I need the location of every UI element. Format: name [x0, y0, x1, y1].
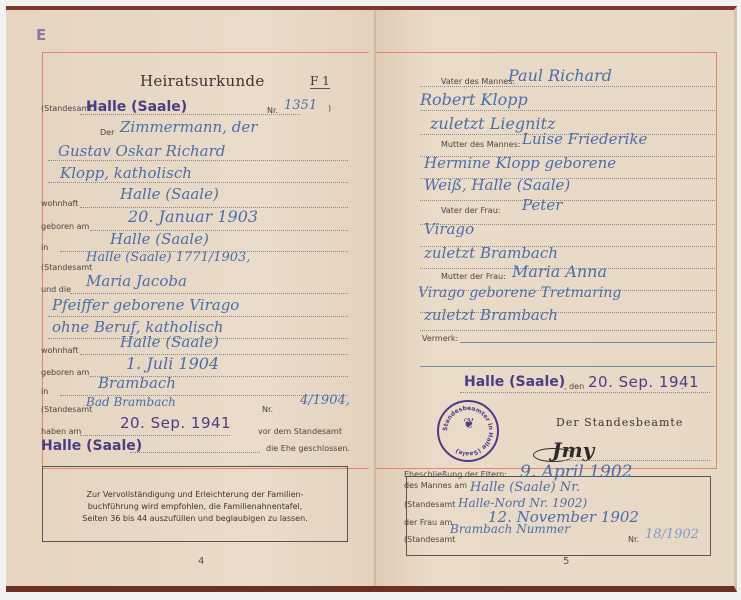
- groom-geboren-label: geboren am: [41, 222, 89, 231]
- mutter-frau-line-1: Maria Anna: [512, 262, 607, 281]
- marriage-date-line: [80, 435, 230, 436]
- groom-surname-religion: Klopp, katholisch: [60, 164, 192, 182]
- haben-am-label: haben am: [41, 427, 81, 436]
- mutter-frau-rule-3: [420, 330, 715, 331]
- vater-mannes-label: Vater des Mannes:: [441, 77, 515, 86]
- vater-frau-line-1: Peter: [522, 196, 562, 214]
- frau-am-label: der Frau am: [404, 518, 452, 527]
- groom-line-1: [48, 160, 348, 161]
- groom-birth-date: 20. Januar 1903: [128, 207, 258, 226]
- mutter-mannes-rule-3: [420, 200, 715, 201]
- groom-birth-place: Halle (Saale): [110, 230, 209, 248]
- page-number-right: 5: [563, 556, 569, 567]
- bride-standesamt-label: (Standesamt: [41, 405, 92, 414]
- bride-birth-registry: Bad Brambach: [86, 395, 176, 409]
- bride-birth-date: 1. Juli 1904: [126, 354, 219, 373]
- bride-line-2: [48, 316, 348, 317]
- signature-line: [560, 460, 710, 461]
- mutter-mannes-line-1: Luise Friederike: [522, 130, 647, 148]
- notice-line-3: Seiten 36 bis 44 auszufüllen und beglaub…: [43, 513, 347, 525]
- corner-mark: E: [36, 26, 46, 44]
- parents-marriage-heading: Eheschließung der Eltern:: [404, 470, 507, 479]
- bride-residence: Halle (Saale): [120, 333, 219, 351]
- mannes-standesamt-label: (Standesamt: [404, 500, 455, 509]
- vater-mannes-line-1: Paul Richard: [508, 66, 612, 85]
- groom-given-names: Gustav Oskar Richard: [58, 142, 225, 160]
- ahnentafel-notice-box: Zur Vervollständigung und Erleichterung …: [42, 466, 348, 542]
- groom-wohnhaft-label: wohnhaft: [41, 199, 78, 208]
- frau-standesamt-label: (Standesamt: [404, 535, 455, 544]
- bride-surname: Pfeiffer geborene Virago: [52, 296, 239, 314]
- groom-residence: Halle (Saale): [120, 185, 219, 203]
- groom-birth-registry: Halle (Saale) 1771/1903,: [86, 250, 250, 265]
- bride-nr-label: Nr.: [262, 405, 273, 414]
- marriage-date-stamp: 20. Sep. 1941: [120, 414, 231, 432]
- issue-place-stamp: Halle (Saale): [464, 374, 565, 390]
- certificate-title: Heiratsurkunde: [140, 72, 265, 90]
- marriage-place-line: [130, 452, 260, 453]
- issue-line: [460, 392, 710, 393]
- den-label: , den: [564, 382, 584, 391]
- vater-frau-label: Vater der Frau:: [441, 206, 500, 215]
- bride-wohnhaft-label: wohnhaft: [41, 346, 78, 355]
- notice-line-2: buchführung wird empfohlen, die Familien…: [43, 501, 347, 513]
- official-seal: Standesbeamter in Halle (Saale) ❦: [437, 400, 499, 462]
- groom-line-2: [48, 182, 348, 183]
- standesamt-stamp: Halle (Saale): [86, 99, 187, 115]
- mannes-am-label: des Mannes am: [404, 481, 467, 490]
- parents-frau-registry: Brambach Nummer: [450, 522, 570, 536]
- vermerk-label: Vermerk:: [422, 334, 458, 343]
- parents-frau-nr: 18/1902: [645, 527, 699, 542]
- vor-dem-standesamt-label: vor dem Standesamt: [258, 427, 342, 436]
- mutter-mannes-line-3: Weiß, Halle (Saale): [424, 176, 570, 194]
- vater-frau-line-3: zuletzt Brambach: [424, 244, 558, 262]
- parents-mannes-date: 9. April 1902: [520, 462, 632, 482]
- page-number-left: 4: [198, 556, 204, 567]
- bride-birth-nr: 4/1904,: [300, 393, 350, 408]
- bride-birth-place: Brambach: [98, 374, 176, 392]
- date-suffix: .: [681, 382, 684, 391]
- vater-mannes-line-2: Robert Klopp: [420, 90, 528, 109]
- notice-line-1: Zur Vervollständigung und Erleichterung …: [43, 489, 347, 501]
- certificate-nr-label: Nr.: [267, 106, 278, 115]
- groom-standesamt-label: (Standesamt: [41, 263, 92, 272]
- certificate-nr-value: 1351: [284, 98, 317, 113]
- der-label: Der: [100, 128, 114, 137]
- vater-mannes-rule-2: [420, 110, 715, 111]
- mutter-mannes-label: Mutter des Mannes:: [441, 140, 520, 149]
- official-title: Der Standesbeamte: [556, 416, 683, 429]
- marriage-place-stamp: Halle (Saale): [41, 438, 142, 454]
- ahnentafel-notice: Zur Vervollständigung und Erleichterung …: [43, 489, 347, 525]
- groom-in-label: in: [41, 243, 48, 252]
- frau-nr-label: Nr.: [628, 535, 639, 544]
- bride-line-1: [70, 293, 348, 294]
- bride-geboren-label: geboren am: [41, 368, 89, 377]
- standesamt-label: (Standesamt: [41, 104, 92, 113]
- parents-mannes-place: Halle (Saale) Nr.: [470, 480, 580, 495]
- mutter-frau-line-2: Virago geborene Tretmaring: [418, 285, 621, 301]
- registrar-signature: Jmy: [552, 438, 594, 462]
- mutter-frau-label: Mutter der Frau:: [441, 272, 506, 281]
- mutter-frau-line-3: zuletzt Brambach: [424, 306, 558, 324]
- groom-occupation: Zimmermann, der: [120, 118, 257, 136]
- vater-frau-line-2: Virago: [424, 220, 474, 238]
- vater-mannes-rule-1: [420, 86, 715, 87]
- mutter-mannes-line-2: Hermine Klopp geborene: [424, 154, 616, 172]
- form-code: F 1: [310, 74, 330, 89]
- vermerk-rule-1: [460, 342, 715, 343]
- und-die-label: und die: [41, 285, 71, 294]
- bride-given-names: Maria Jacoba: [86, 272, 187, 290]
- vermerk-rule-2: [420, 366, 715, 367]
- ehe-geschlossen-label: die Ehe geschlossen.: [266, 444, 350, 453]
- eagle-emblem-icon: ❦: [453, 416, 485, 432]
- bride-in-label: in: [41, 387, 48, 396]
- nr-close: ): [328, 104, 331, 113]
